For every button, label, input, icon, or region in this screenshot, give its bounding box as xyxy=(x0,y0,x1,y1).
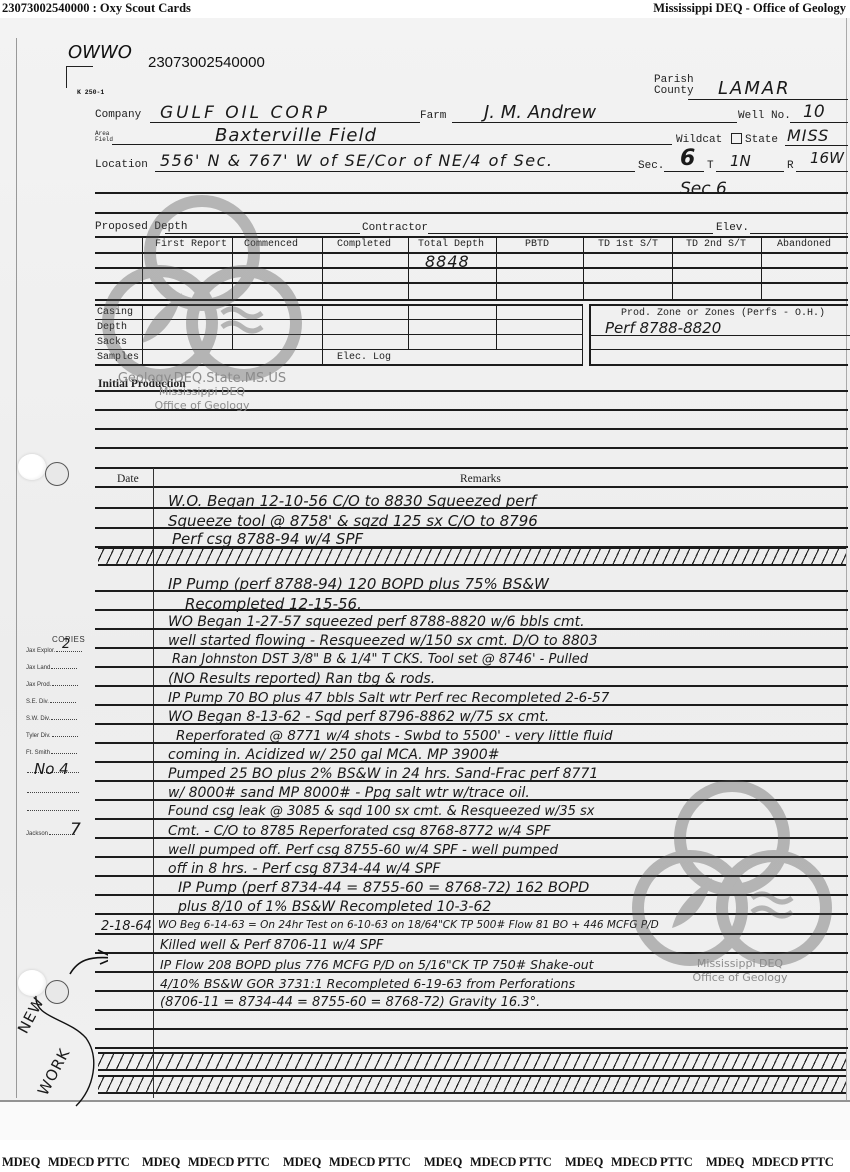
table-top-border xyxy=(95,236,848,238)
watermark-text: Geology.DEQ.State.MS.US xyxy=(92,371,312,386)
copies-row xyxy=(26,789,79,795)
col-divider xyxy=(322,236,323,300)
copies-row: S.E. Div. xyxy=(26,699,76,705)
ip-line xyxy=(95,428,848,430)
wildcat-checkbox[interactable] xyxy=(731,133,742,144)
remark-row: coming in. Acidized w/ 250 gal MCA. MP 3… xyxy=(168,747,499,763)
company-value: GULF OIL CORP xyxy=(160,103,330,123)
table-bottom-border xyxy=(95,299,848,301)
sec-label: Sec. xyxy=(638,160,664,172)
farm-label: Farm xyxy=(420,110,446,122)
state-value: MISS xyxy=(787,126,829,145)
footer-item: MDEQ xyxy=(706,1155,744,1170)
copies-row: Jax Prod. xyxy=(26,682,78,688)
wildcat-label: Wildcat xyxy=(676,134,722,146)
remark-row: 4/10% BS&W GOR 3731:1 Recompleted 6-19-6… xyxy=(160,976,575,991)
hatch-band xyxy=(98,1076,846,1093)
copies-label: S.E. Div. xyxy=(26,699,49,705)
farm-value: J. M. Andrew xyxy=(484,102,596,123)
copies-mark: 7 xyxy=(70,820,81,840)
col-divider xyxy=(582,304,583,365)
hatch-band xyxy=(98,548,846,565)
table-row-border xyxy=(95,267,848,269)
prod-zone-label: Prod. Zone or Zones (Perfs - O.H.) xyxy=(621,308,825,319)
remark-row: (NO Results reported) Ran tbg & rods. xyxy=(168,671,435,687)
county-value: LAMAR xyxy=(718,78,791,99)
footer-item: PTTC xyxy=(97,1155,130,1170)
copies-label: Jax Prod. xyxy=(26,682,51,688)
remark-row: Perf csg 8788-94 w/4 SPF xyxy=(172,530,363,548)
footer-item: MDECD xyxy=(611,1155,657,1170)
copies-blank xyxy=(52,736,78,737)
binder-hole xyxy=(18,454,46,480)
footer-item: MDEQ xyxy=(142,1155,180,1170)
footer-item: MDEQ xyxy=(565,1155,603,1170)
remark-row: Cmt. - C/O to 8785 Reperforated csg 8768… xyxy=(168,823,551,839)
copies-row: Jax Explor. xyxy=(26,648,82,654)
footer-item: MDECD xyxy=(48,1155,94,1170)
col-total-depth: Total Depth xyxy=(418,239,484,250)
prod-zone-line xyxy=(591,349,850,350)
remark-row: (8706-11 = 8734-44 = 8755-60 = 8768-72) … xyxy=(160,995,540,1010)
copies-row: Jax Land xyxy=(26,665,77,671)
footer-item: PTTC xyxy=(237,1155,270,1170)
copies-row: S.W. Div. xyxy=(26,716,77,722)
remark-row: IP Pump (perf 8734-44 = 8755-60 = 8768-7… xyxy=(178,880,589,896)
copies-label: S.W. Div. xyxy=(26,716,50,722)
col-divider xyxy=(761,236,762,300)
footer-item: PTTC xyxy=(660,1155,693,1170)
footer-item: MDECD xyxy=(752,1155,798,1170)
col-divider xyxy=(496,304,497,350)
elec-log-label: Elec. Log xyxy=(337,352,391,363)
sec-value: 6 xyxy=(680,146,695,171)
t-value: 1N xyxy=(730,152,751,170)
owwo-note: OWWO xyxy=(68,42,132,63)
area-field-label: Area Field xyxy=(95,131,113,143)
county-label: County xyxy=(654,86,694,97)
footer-item: MDEQ xyxy=(2,1155,40,1170)
remarks-header-top xyxy=(95,486,848,488)
copies-row: Tyler Div. xyxy=(26,733,78,739)
col-completed: Completed xyxy=(337,239,391,250)
watermark-text: Mississippi DEQ xyxy=(92,385,312,398)
remark-row: w/ 8000# sand MP 8000# - Ppg salt wtr w/… xyxy=(168,785,530,801)
casing-row-border xyxy=(95,319,583,320)
document-title: 23073002540000 : Oxy Scout Cards xyxy=(2,0,191,17)
contractor-underline xyxy=(428,233,713,234)
remark-row: Ran Johnston DST 3/8" B & 1/4" T CKS. To… xyxy=(172,652,588,667)
col-divider xyxy=(232,236,233,300)
col-divider xyxy=(232,304,233,350)
remark-row: Killed well & Perf 8706-11 w/4 SPF xyxy=(160,938,383,953)
remark-row: Pumped 25 BO plus 2% BS&W in 24 hrs. San… xyxy=(168,766,598,782)
binder-hole-ring xyxy=(45,462,69,486)
copies-blank xyxy=(50,702,76,703)
copies-blank xyxy=(52,685,78,686)
elev-underline xyxy=(750,233,848,234)
casing-row-border xyxy=(95,349,583,350)
footer-item: MDECD xyxy=(188,1155,234,1170)
remark-row: IP Flow 208 BOPD plus 776 MCFG P/D on 5/… xyxy=(160,957,594,972)
remark-row: IP Pump 70 BO plus 47 bbls Salt wtr Perf… xyxy=(168,690,609,706)
copies-mark: 2 xyxy=(62,637,70,652)
watermark-text: Mississippi DEQ xyxy=(640,957,840,970)
status-table: First Report Commenced Completed Total D… xyxy=(95,236,848,301)
footer-item: MDEQ xyxy=(424,1155,462,1170)
casing-row-border xyxy=(95,334,583,335)
copies-mark: No 4 xyxy=(34,760,69,778)
col-commenced: Commenced xyxy=(244,239,298,250)
table-header-border xyxy=(95,252,848,254)
remark-row: W.O. Began 12-10-56 C/O to 8830 Squeezed… xyxy=(168,492,536,510)
proposed-depth-label: Proposed Depth xyxy=(95,221,187,233)
casing-top-border xyxy=(95,304,583,306)
r-underline xyxy=(796,171,848,172)
t-label: T xyxy=(707,160,714,172)
copies-row: Ft. Smith xyxy=(26,750,77,756)
copies-label: Jax Explor. xyxy=(26,648,55,654)
col-divider xyxy=(408,304,409,350)
col-divider xyxy=(496,236,497,300)
ruled-line xyxy=(95,933,848,935)
remark-row: WO Beg 6-14-63 = On 24hr Test on 6-10-63… xyxy=(158,919,659,931)
hatch-band xyxy=(98,1053,846,1070)
remark-row: Found csg leak @ 3085 & sqd 100 sx cmt. … xyxy=(168,804,595,819)
prod-zone-value: Perf 8788-8820 xyxy=(605,319,721,337)
date-header: Date xyxy=(117,473,139,485)
copies-label: Jackson xyxy=(26,831,48,837)
prod-zone-box: Prod. Zone or Zones (Perfs - O.H.) Perf … xyxy=(589,304,848,366)
copies-label: Ft. Smith xyxy=(26,750,50,756)
copies-blank xyxy=(27,810,79,811)
contractor-label: Contractor xyxy=(362,222,428,234)
location-label: Location xyxy=(95,159,148,171)
col-td-2nd: TD 2nd S/T xyxy=(686,239,746,250)
api-number: 23073002540000 xyxy=(148,54,265,71)
footer-item: PTTC xyxy=(519,1155,552,1170)
col-first-report: First Report xyxy=(155,239,227,250)
remark-row: off in 8 hrs. - Perf csg 8734-44 w/4 SPF xyxy=(168,861,440,877)
blank-line-1 xyxy=(95,192,848,194)
footer-item: PTTC xyxy=(378,1155,411,1170)
copies-blank xyxy=(51,753,77,754)
col-divider xyxy=(672,236,673,300)
casing-label: Casing xyxy=(97,307,133,318)
field-value: Baxterville Field xyxy=(215,125,377,146)
well-no-label: Well No. xyxy=(738,110,791,122)
state-label: State xyxy=(745,134,778,146)
col-divider xyxy=(142,236,143,300)
t-underline xyxy=(716,171,784,172)
total-depth-value: 8848 xyxy=(425,252,470,271)
remark-row: well pumped off. Perf csg 8755-60 w/4 SP… xyxy=(168,842,558,858)
scout-card-scan: OWWO K 250-1 23073002540000 Parish Count… xyxy=(0,18,850,1140)
remark-row: IP Pump (perf 8788-94) 120 BOPD plus 75%… xyxy=(168,575,549,593)
scan-margin xyxy=(0,1102,850,1140)
field-underline xyxy=(112,144,672,145)
sec-note: Sec 6 xyxy=(680,179,727,199)
footer-item: MDEQ xyxy=(283,1155,321,1170)
ruled-line xyxy=(95,1028,848,1030)
col-abandoned: Abandoned xyxy=(777,239,831,250)
card-right-edge xyxy=(846,18,847,1100)
remark-row: plus 8/10 of 1% BS&W Recompleted 10-3-62 xyxy=(178,899,491,915)
corner-bracket xyxy=(66,66,93,88)
copies-row xyxy=(26,807,79,813)
card-left-edge xyxy=(16,38,17,1098)
table-row-border xyxy=(95,282,848,284)
footer-item: MDECD xyxy=(470,1155,516,1170)
well-no-value: 10 xyxy=(803,102,825,122)
copies-row: Jackson xyxy=(26,831,75,837)
parish-county-label: Parish County xyxy=(654,75,694,97)
well-no-underline xyxy=(790,122,848,123)
footer-item: PTTC xyxy=(801,1155,834,1170)
copies-blank xyxy=(51,719,77,720)
copies-label: Tyler Div. xyxy=(26,733,51,739)
col-divider xyxy=(583,236,584,300)
r-label: R xyxy=(787,160,794,172)
footer-item: MDECD xyxy=(329,1155,375,1170)
col-divider xyxy=(142,304,143,365)
r-value: 16W xyxy=(810,149,844,167)
mdeq-logo-watermark-icon xyxy=(632,778,832,978)
depth-label: Depth xyxy=(97,322,127,333)
company-label: Company xyxy=(95,109,141,121)
agency-title: Mississippi DEQ - Office of Geology xyxy=(653,0,846,17)
field-label: Field xyxy=(95,137,113,143)
remarks-header: Remarks xyxy=(460,473,501,485)
viewer-title-bar: 23073002540000 : Oxy Scout Cards Mississ… xyxy=(0,0,850,18)
watermark-text: Office of Geology xyxy=(92,399,312,412)
watermark-text: Office of Geology xyxy=(640,971,840,984)
remark-row: Squeeze tool @ 8758' & sqzd 125 sx C/O t… xyxy=(168,512,538,530)
location-value: 556' N & 767' W of SE/Cor of NE/4 of Sec… xyxy=(160,151,554,170)
copies-blank xyxy=(51,668,77,669)
remark-row: Recompleted 12-15-56. xyxy=(185,595,362,613)
blank-line-2 xyxy=(95,212,848,214)
remark-row: WO Began 8-13-62 - Sqd perf 8796-8862 w/… xyxy=(168,709,549,725)
location-underline xyxy=(155,171,635,172)
casing-bottom-border xyxy=(95,364,583,366)
remark-row: Reperforated @ 8771 w/4 shots - Swbd to … xyxy=(176,728,613,744)
proposed-depth-underline xyxy=(165,233,360,234)
county-underline xyxy=(688,99,848,100)
footer-agency-strip: MDEQMDECDPTTCMDEQMDECDPTTCMDEQMDECDPTTCM… xyxy=(0,1152,850,1172)
remark-date: 2-18-64 xyxy=(101,919,152,934)
col-divider xyxy=(408,236,409,300)
sacks-label: Sacks xyxy=(97,337,127,348)
copies-blank xyxy=(27,792,79,793)
state-underline xyxy=(785,145,848,146)
elev-label: Elev. xyxy=(716,222,749,234)
col-divider xyxy=(322,304,323,365)
ip-line xyxy=(95,447,848,449)
casing-table: Casing Depth Sacks Samples Elec. Log xyxy=(95,304,583,366)
samples-label: Samples xyxy=(97,352,139,363)
col-td-1st: TD 1st S/T xyxy=(598,239,658,250)
col-pbtd: PBTD xyxy=(525,239,549,250)
ruled-line xyxy=(95,1047,848,1049)
remark-row: WO Began 1-27-57 squeezed perf 8788-8820… xyxy=(168,614,585,630)
copies-label: Jax Land xyxy=(26,665,50,671)
remark-row: well started flowing - Resqueezed w/150 … xyxy=(168,633,598,649)
form-number: K 250-1 xyxy=(77,89,104,96)
ip-line xyxy=(95,467,848,469)
sec-underline xyxy=(664,171,704,172)
